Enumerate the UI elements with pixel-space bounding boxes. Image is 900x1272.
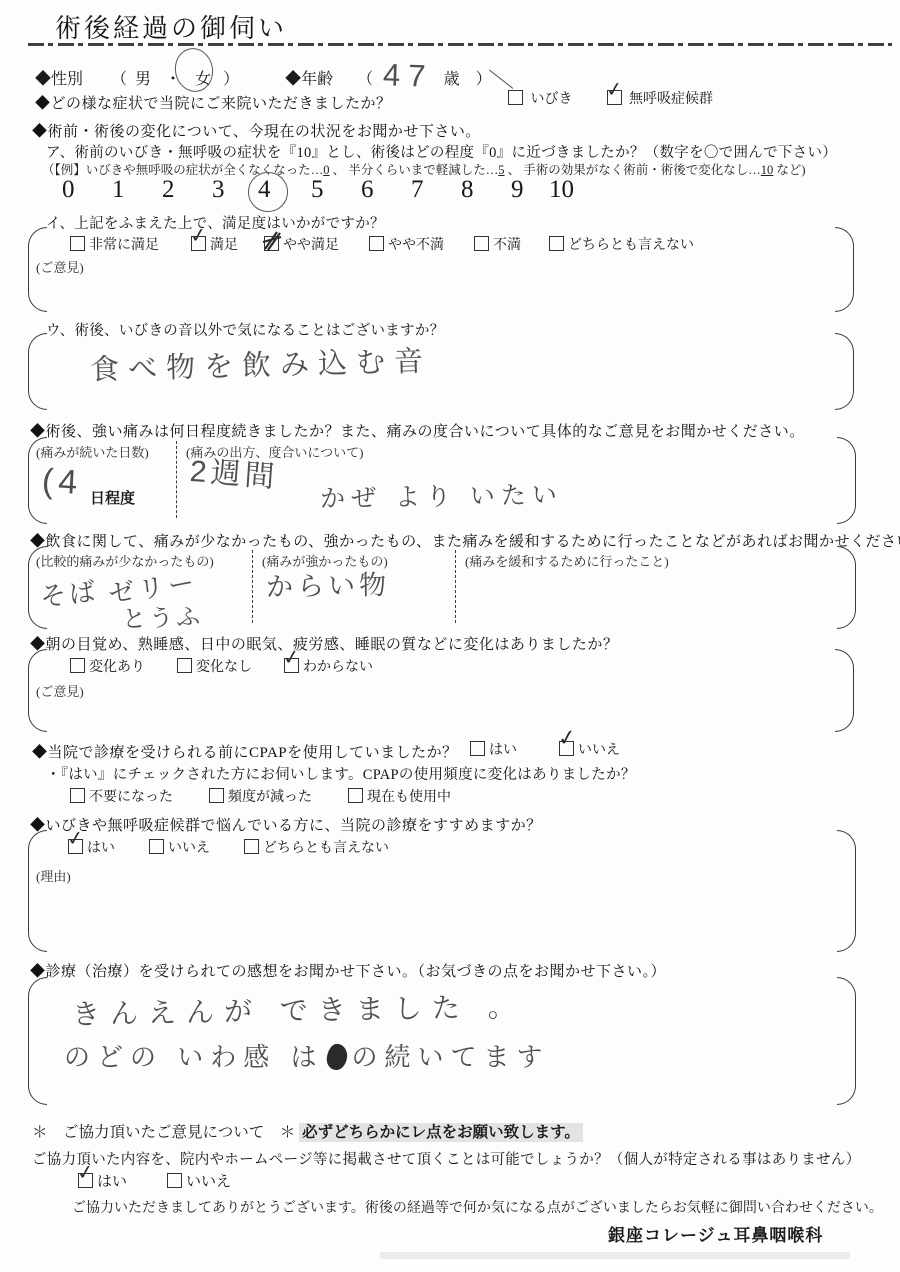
scale-3: 3 <box>212 176 225 204</box>
pain-answer-box: (痛みが続いた日数) (痛みの出方、度合いについて) (4 日程度 2週間 かぜ… <box>28 437 856 524</box>
checkbox-option-no-longer-needed: 不要になった <box>70 786 173 806</box>
concern-handwriting: 食べ物を飲み込む音 <box>90 339 433 389</box>
checkbox-option-changed: 変化あり <box>70 656 145 676</box>
checkbox <box>167 1173 182 1188</box>
column-divider <box>455 550 456 623</box>
checkbox-label: いいえ <box>578 743 620 758</box>
footer-thanks: ご協力いただきましてありがとうございます。術後の経過等で何か気になる点がございま… <box>72 1197 883 1217</box>
gender-label: ◆性別 <box>35 71 83 88</box>
checkmark-icon: ✓ <box>557 727 578 751</box>
profile-row: ◆性別 （ 男 ・ 女 ） ◆年齢 （ 47 歳 ） <box>35 56 492 92</box>
checkbox-label: いいえ <box>168 841 210 856</box>
cpap-followup: ・『はい』にチェックされた方にお伺いします。CPAPの使用頻度に変化はありました… <box>46 763 636 784</box>
checkbox-label: やや満足 <box>283 238 339 253</box>
concern-answer-box: 食べ物を飲み込む音 <box>28 333 854 410</box>
checkbox-option-satisfied: ✓満足 <box>191 234 238 254</box>
checkbox-label: 変化なし <box>196 660 252 675</box>
cpap-yesno: はい ✓いいえ <box>470 739 620 759</box>
footer-yesno: ✓はい いいえ <box>78 1170 231 1191</box>
checkbox-option-unsure: ✓わからない <box>284 656 373 676</box>
checkbox <box>549 236 564 251</box>
handwritten-circle-4 <box>245 169 291 215</box>
scribbled-out-mark-icon <box>261 229 285 253</box>
checkbox <box>348 788 363 803</box>
checkbox: ✓ <box>78 1173 93 1188</box>
change-sub-a: ア、術前のいびき・無呼吸の症状を『10』とし、術後はどの程度『0』に近づきました… <box>46 141 837 162</box>
checkmark-icon: ✓ <box>282 646 301 668</box>
comment-label: (ご意見) <box>36 257 84 276</box>
food-col3-label: (痛みを緩和するために行ったこと) <box>465 551 669 570</box>
checkbox-ibiki <box>508 90 523 105</box>
checkbox <box>244 839 259 854</box>
checkbox-option-cpap-yes: はい <box>470 739 517 759</box>
checkbox-label: 非常に満足 <box>89 238 159 253</box>
example-value-10: 10 <box>761 163 774 177</box>
pain-days-unit: 日程度 <box>90 487 135 508</box>
scale-6: 6 <box>361 176 374 204</box>
gender-paren-open: （ <box>111 71 127 88</box>
checkbox-option-publish-no: いいえ <box>167 1170 231 1191</box>
checkbox-option-recommend-no: いいえ <box>149 837 210 857</box>
checkbox <box>70 658 85 673</box>
symptom-question: ◆どの様な症状で当院にご来院いただきましたか？ <box>35 92 392 113</box>
scribble-blob <box>326 1043 349 1072</box>
checkbox-option-publish-yes: ✓はい <box>78 1170 127 1191</box>
food-answer-box: (比較的痛みが少なかったもの) (痛みが強かったもの) (痛みを緩和するために行… <box>28 546 856 629</box>
example-text: など) <box>773 163 805 177</box>
satisfaction-options: 非常に満足 ✓満足 やや満足 やや不満 不満 どちらとも言えない <box>70 234 694 254</box>
checkbox-label: はい <box>97 1174 127 1190</box>
checkbox-label: 不要になった <box>89 790 173 805</box>
checkbox-label: 無呼吸症候群 <box>629 92 713 107</box>
pain-days-handwriting: (4 <box>41 462 83 503</box>
checkmark-icon: ✓ <box>604 78 623 100</box>
impression-handwriting-line1: きんえんが できました 。 <box>72 985 526 1033</box>
checkbox-option-recommend-neither: どちらとも言えない <box>244 837 389 857</box>
cpap-question: ◆当院で診療を受けられる前にCPAPを使用していましたか？ <box>32 741 458 762</box>
checkbox-option-dissatisfied: 不満 <box>474 234 521 254</box>
checkbox-label: 変化あり <box>89 660 145 675</box>
recommend-options: ✓はい いいえ どちらとも言えない <box>68 837 389 857</box>
checkbox-option-apnea: ✓ 無呼吸症候群 <box>607 88 714 108</box>
checkbox-option-no-change: 変化なし <box>177 656 252 676</box>
checkbox <box>177 658 192 673</box>
checkbox-label: 現在も使用中 <box>367 790 451 805</box>
checkbox-option-reduced: 頻度が減った <box>209 786 312 806</box>
slash-mark-icon <box>489 70 513 89</box>
checkbox-label: はい <box>87 841 115 856</box>
impression-handwriting-line2: のどの いわ感 はの続いてます <box>64 1037 549 1074</box>
checkbox-label: やや不満 <box>388 238 444 253</box>
scan-artifact <box>380 1252 850 1259</box>
checkbox: ✓ <box>284 658 299 673</box>
example-text: （【例】いびきや無呼吸の症状が全くなくなった… <box>42 163 323 177</box>
scale-10: 10 <box>549 176 574 204</box>
checkbox-label: 満足 <box>210 238 238 253</box>
pain-degree-handwriting-2: かぜ より いたい <box>320 475 563 515</box>
page-title: 術後経過の御伺い <box>55 8 287 45</box>
checkmark-icon: ✓ <box>66 827 85 849</box>
checkbox-label: いいえ <box>186 1174 231 1190</box>
example-text: 、 半分くらいまで軽減した… <box>330 163 499 177</box>
checkmark-icon: ✓ <box>189 224 208 246</box>
scale-1: 1 <box>112 176 125 204</box>
dash-dot-divider <box>28 43 892 46</box>
recommend-reason-box: ✓はい いいえ どちらとも言えない (理由) <box>28 830 856 952</box>
checkbox-option-neither: どちらとも言えない <box>549 234 694 254</box>
sleep-comment-box: 変化あり 変化なし ✓わからない (ご意見) <box>28 649 854 732</box>
checkbox <box>474 236 489 251</box>
pain-days-label: (痛みが続いた日数) <box>36 442 149 461</box>
scale-0: 0 <box>62 176 75 204</box>
checkbox-option-ibiki: いびき <box>508 88 573 108</box>
checkbox: ✓ <box>559 741 574 756</box>
checkbox-label: どちらとも言えない <box>568 238 694 253</box>
scale-7: 7 <box>411 176 424 204</box>
checkbox-option-somewhat-satisfied: やや満足 <box>264 234 339 254</box>
checkbox: ✓ <box>68 839 83 854</box>
clinic-name: 銀座コレージュ耳鼻咽喉科 <box>608 1221 823 1246</box>
checkbox <box>209 788 224 803</box>
checkbox-label: わからない <box>303 660 373 675</box>
change-heading: ◆術前・術後の変化について、今現在の状況をお聞かせ下さい。 <box>32 120 481 141</box>
pain-degree-handwriting-1: 2週間 <box>189 446 281 496</box>
footer-note-prefix: ＊ ご協力頂いたご意見について ＊ <box>32 1124 299 1141</box>
checkbox-label: いびき <box>531 92 573 107</box>
checkbox <box>264 236 279 251</box>
scale-5: 5 <box>311 176 324 204</box>
column-divider <box>252 550 253 623</box>
checkbox <box>70 236 85 251</box>
checkbox <box>70 788 85 803</box>
example-text: 、 手術の効果がなく術前・術後で変化なし… <box>505 163 761 177</box>
age-handwritten-value: 47 <box>383 57 435 95</box>
gender-paren-close: ） <box>223 71 239 88</box>
checkbox <box>470 741 485 756</box>
scale-2: 2 <box>162 176 175 204</box>
checkbox-label: 不満 <box>493 238 521 253</box>
column-divider <box>176 441 177 518</box>
gender-male: 男 <box>135 71 151 88</box>
footer-note-bold: 必ずどちらかにレ点をお願い致します。 <box>299 1123 583 1142</box>
comment-label: (ご意見) <box>36 681 84 700</box>
footer-note-line: ＊ ご協力頂いたご意見について ＊ 必ずどちらかにレ点をお願い致します。 <box>32 1120 583 1142</box>
scanned-questionnaire-page: { "title": "術後経過の御伺い", "icons": { "check… <box>0 0 900 1272</box>
checkbox-option-somewhat-dissatisfied: やや不満 <box>369 234 444 254</box>
checkbox-label: どちらとも言えない <box>263 841 389 856</box>
scale-9: 9 <box>511 176 524 204</box>
checkbox-apnea: ✓ <box>607 90 622 105</box>
scale-8: 8 <box>461 176 474 204</box>
food-col2-handwriting: からい物 <box>266 563 391 604</box>
checkmark-icon: ✓ <box>76 1161 95 1183</box>
footer-permission: ご協力頂いた内容を、院内やホームページ等に掲載させて頂くことは可能でしょうか？（… <box>32 1148 861 1169</box>
checkbox-option-recommend-yes: ✓はい <box>68 837 115 857</box>
checkbox <box>149 839 164 854</box>
checkbox: ✓ <box>191 236 206 251</box>
checkbox-option-very-satisfied: 非常に満足 <box>70 234 159 254</box>
food-col1-handwriting-tofu: とうふ <box>121 597 203 635</box>
checkbox-label: はい <box>489 743 517 758</box>
satisfaction-comment-box: 非常に満足 ✓満足 やや満足 やや不満 不満 どちらとも言えない (ご意見) <box>28 227 854 312</box>
age-label: ◆年齢 <box>285 71 333 88</box>
age-paren-open: （ <box>357 71 373 88</box>
sleep-options: 変化あり 変化なし ✓わからない <box>70 656 373 676</box>
checkbox-option-still-using: 現在も使用中 <box>348 786 451 806</box>
reason-label: (理由) <box>36 866 71 885</box>
symptom-options: いびき ✓ 無呼吸症候群 <box>508 88 713 108</box>
rating-scale: 0 1 2 3 4 5 6 7 8 9 10 <box>0 176 900 210</box>
checkbox <box>369 236 384 251</box>
impression-line2-after-blob: の続いてます <box>351 1042 549 1072</box>
impression-line2-before-blob: のどの いわ感 は <box>64 1042 323 1072</box>
impression-answer-box: きんえんが できました 。 のどの いわ感 はの続いてます <box>28 977 856 1105</box>
age-paren-close: 歳 ） <box>444 71 492 88</box>
checkbox-option-cpap-no: ✓いいえ <box>559 739 620 759</box>
checkbox-label: 頻度が減った <box>228 790 312 805</box>
cpap-frequency-options: 不要になった 頻度が減った 現在も使用中 <box>70 786 451 806</box>
food-col1-handwriting-soba: そば <box>38 571 100 614</box>
